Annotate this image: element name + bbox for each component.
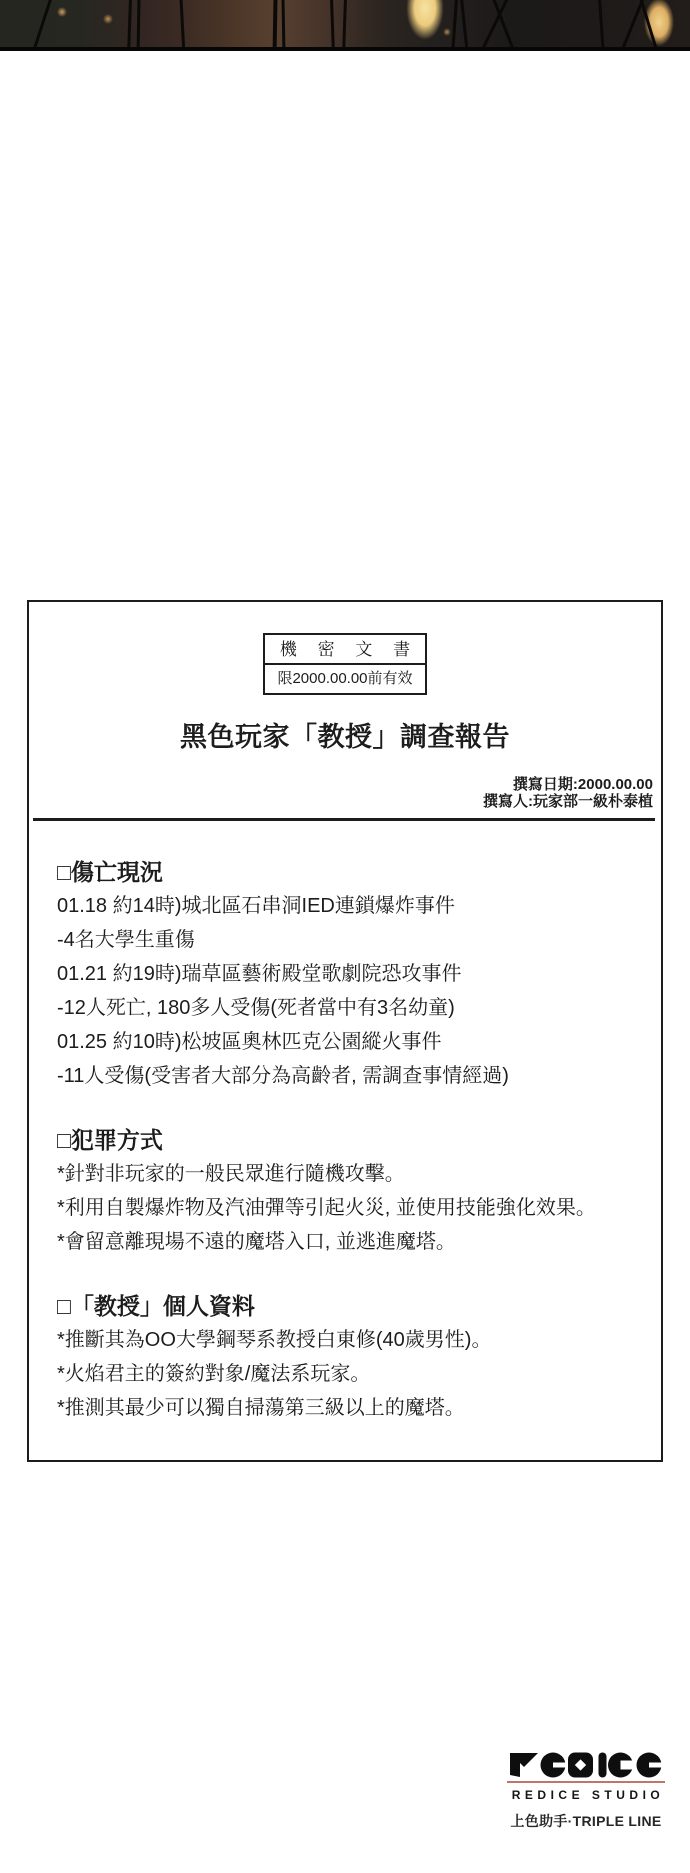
- stamp-title: 機 密 文 書: [265, 635, 425, 665]
- section-heading-casualties: □傷亡現況: [57, 859, 633, 885]
- report-line: *推斷其為OO大學鋼琴系教授白東修(40歲男性)。: [57, 1327, 633, 1353]
- report-line: -11人受傷(受害者大部分為高齡者, 需調查事情經過): [57, 1063, 633, 1089]
- redice-logo-icon: [508, 1752, 664, 1778]
- report-line: *利用自製爆炸物及汽油彈等引起火災, 並使用技能強化效果。: [57, 1195, 633, 1221]
- stamp-validity: 限2000.00.00前有效: [265, 665, 425, 693]
- panel-streak: [330, 0, 335, 51]
- studio-footer: REDICE STUDIO 上色助手·TRIPLE LINE: [507, 1752, 665, 1831]
- comic-panel-artwork: [0, 0, 690, 51]
- report-meta: 撰寫日期:2000.00.00 撰寫人:玩家部一級朴泰植: [29, 776, 661, 810]
- report-author: 撰寫人:玩家部一級朴泰植: [29, 793, 653, 810]
- panel-streak: [459, 0, 469, 51]
- section-heading-personal-info: □「教授」個人資料: [57, 1293, 633, 1319]
- confidential-stamp: 機 密 文 書 限2000.00.00前有效: [263, 633, 427, 695]
- panel-streak: [29, 0, 53, 51]
- report-line: *推測其最少可以獨自掃蕩第三級以上的魔塔。: [57, 1395, 633, 1421]
- report-document: 機 密 文 書 限2000.00.00前有效 黑色玩家「教授」調查報告 撰寫日期…: [27, 600, 663, 1462]
- panel-streak: [136, 0, 140, 51]
- report-title: 黑色玩家「教授」調查報告: [29, 715, 661, 754]
- panel-streak: [598, 0, 606, 51]
- studio-credit: 上色助手·TRIPLE LINE: [507, 1811, 665, 1831]
- logo-accent-line: [507, 1781, 665, 1783]
- report-line: -12人死亡, 180多人受傷(死者當中有3名幼童): [57, 995, 633, 1021]
- report-line: *火焰君主的簽約對象/魔法系玩家。: [57, 1361, 633, 1387]
- panel-streak: [451, 0, 459, 51]
- header-divider: [33, 818, 655, 821]
- report-line: *針對非玩家的一般民眾進行隨機攻擊。: [57, 1161, 633, 1187]
- panel-streak: [127, 0, 132, 51]
- panel-streak: [638, 0, 661, 51]
- report-line: 01.21 約19時)瑞草區藝術殿堂歌劇院恐攻事件: [57, 961, 633, 987]
- report-line: *會留意離現場不遠的魔塔入口, 並逃進魔塔。: [57, 1229, 633, 1255]
- panel-streak: [272, 0, 277, 51]
- report-date: 撰寫日期:2000.00.00: [29, 776, 653, 793]
- panel-streak: [342, 0, 347, 51]
- report-body: □傷亡現況 01.18 約14時)城北區石串洞IED連鎖爆炸事件 -4名大學生重…: [29, 859, 661, 1421]
- report-line: -4名大學生重傷: [57, 927, 633, 953]
- panel-streak: [281, 0, 285, 51]
- section-heading-crime-method: □犯罪方式: [57, 1127, 633, 1153]
- panel-streak: [179, 0, 186, 51]
- studio-name: REDICE STUDIO: [507, 1788, 665, 1802]
- report-line: 01.25 約10時)松坡區奧林匹克公園縱火事件: [57, 1029, 633, 1055]
- report-line: 01.18 約14時)城北區石串洞IED連鎖爆炸事件: [57, 893, 633, 919]
